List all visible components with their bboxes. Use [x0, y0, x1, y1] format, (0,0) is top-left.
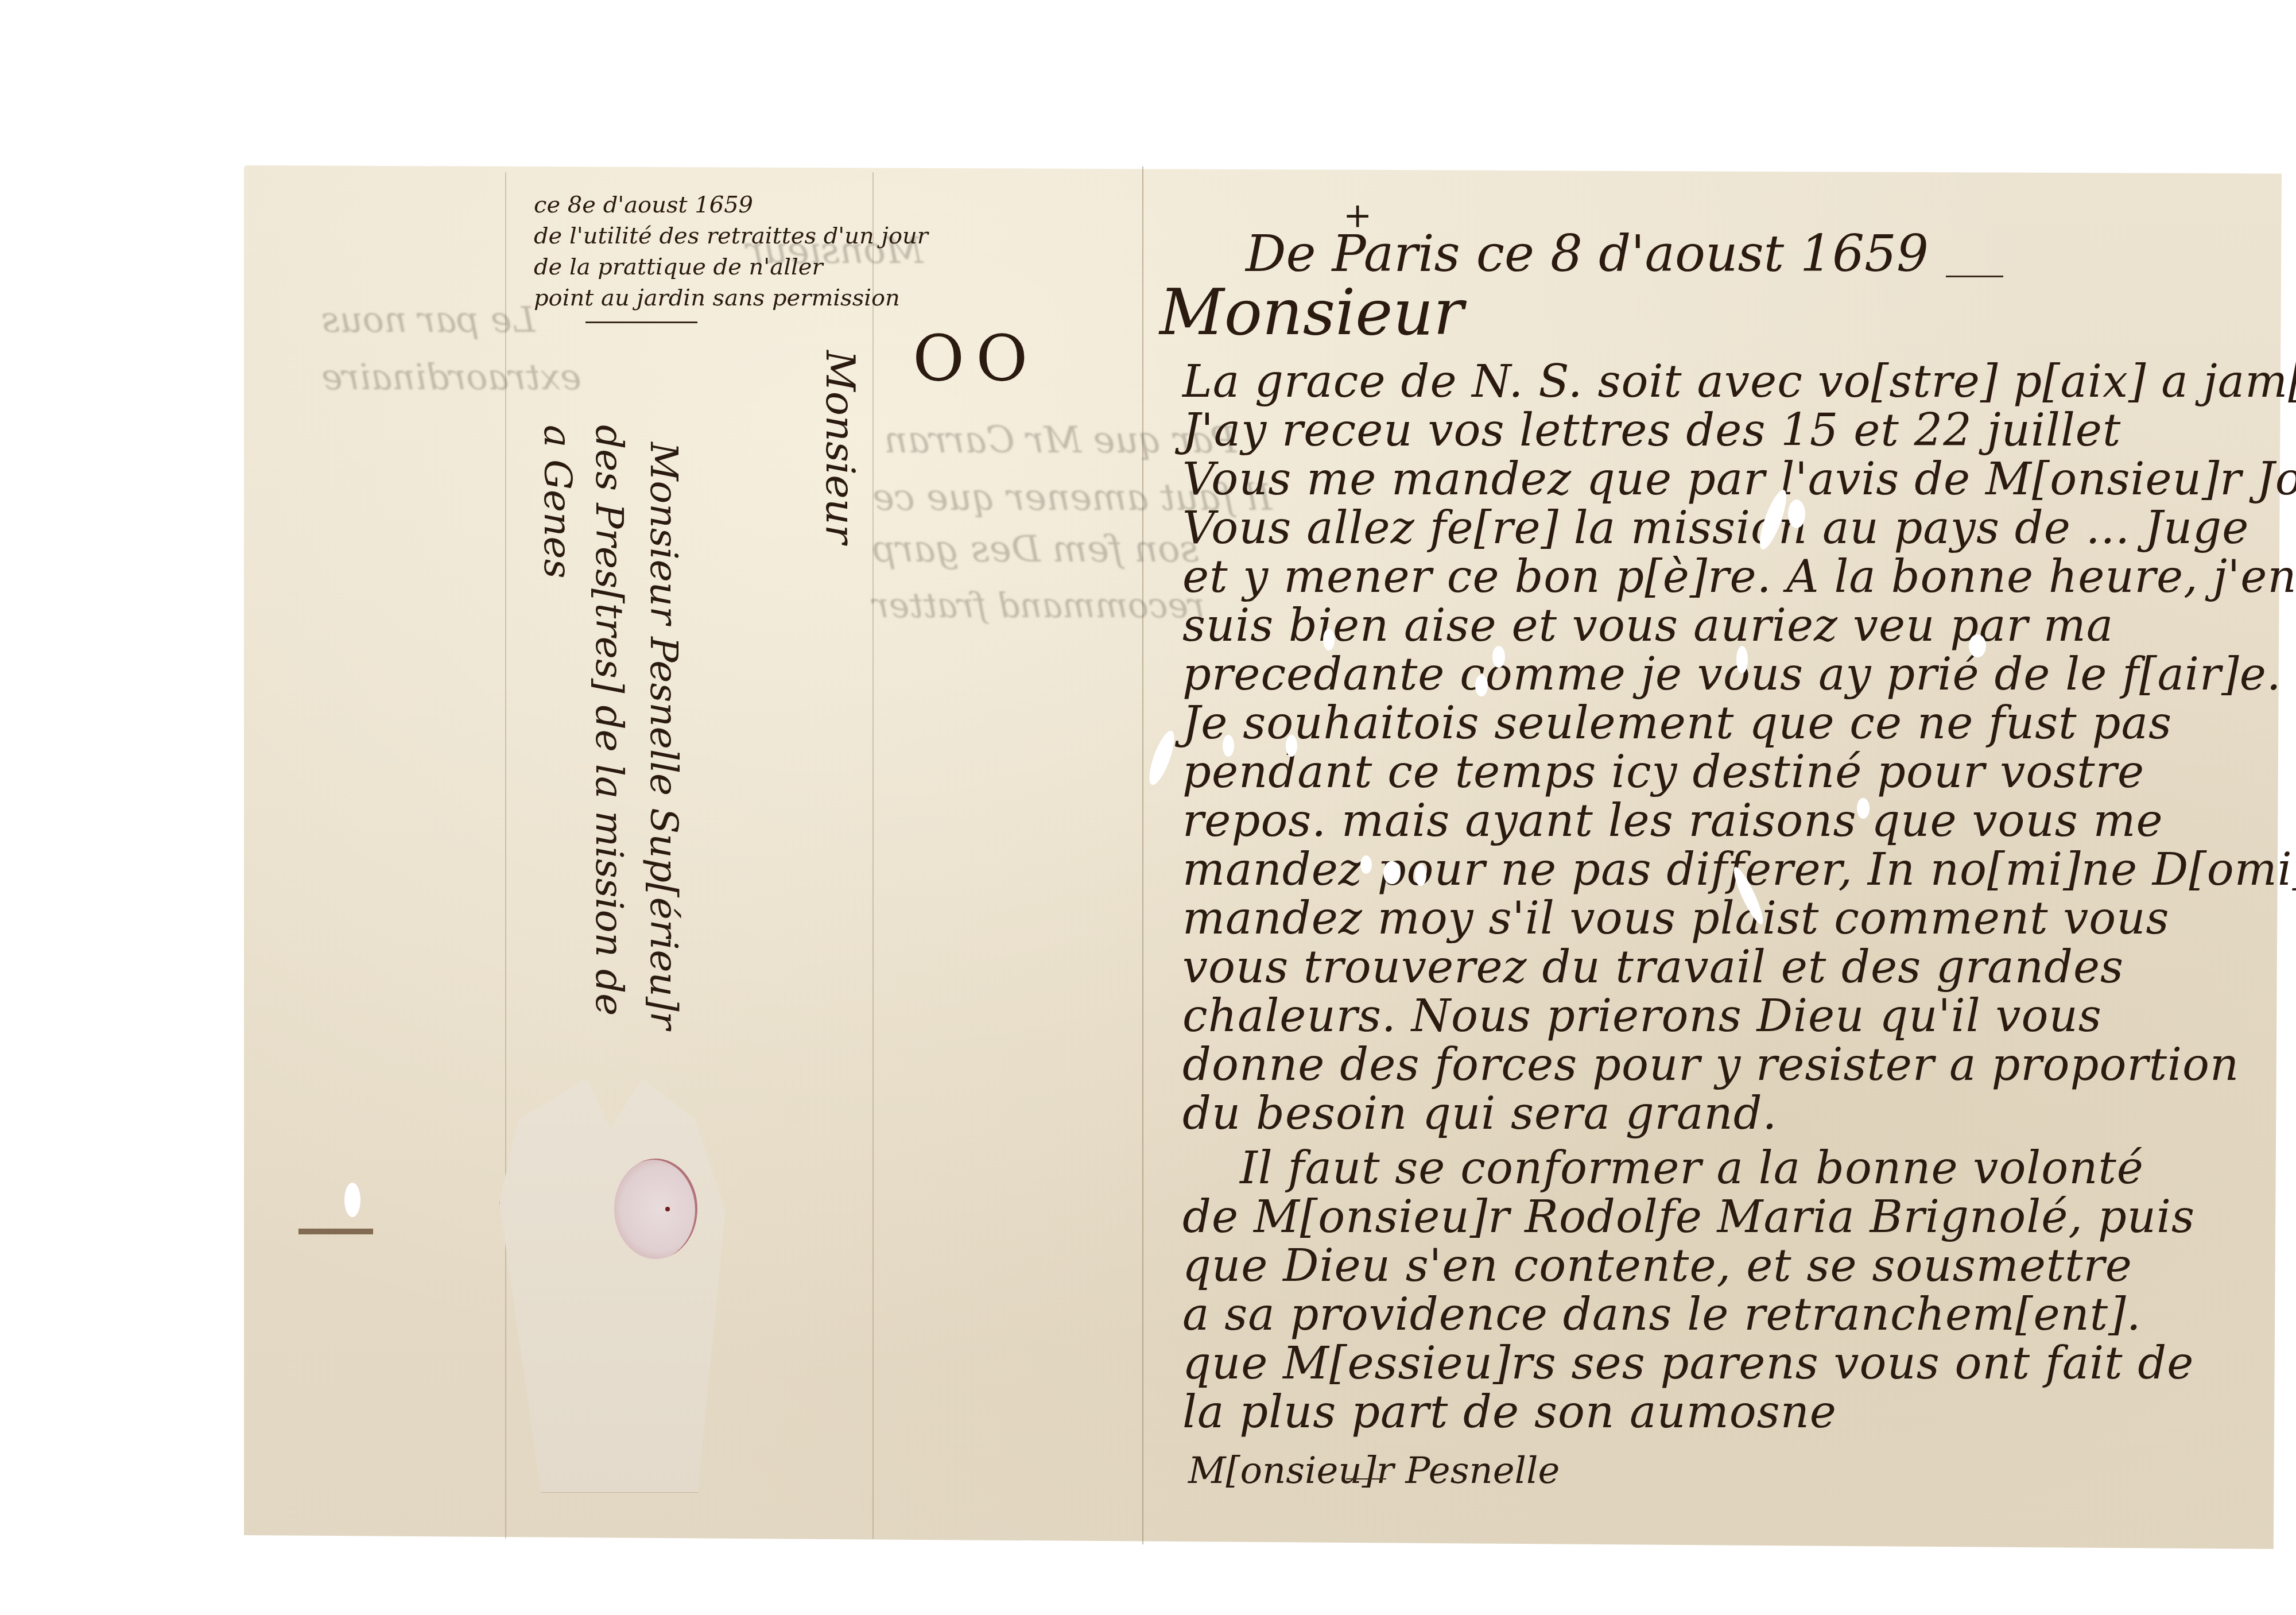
letter-line: donne des forces pour y resister a propo… [1182, 1039, 2239, 1091]
letter-line: precedante comme je vous ay prié de le f… [1182, 649, 2282, 700]
letter-line: Vous me mandez que par l'avis de M[onsie… [1182, 454, 2296, 505]
letter-line: Il faut se conformer a la bonne volonté [1240, 1142, 2144, 1194]
seal-center-dot [665, 1207, 670, 1211]
dateline-underline [1946, 276, 2003, 277]
paper-hole [1475, 675, 1488, 696]
bleed-text: Le par nous [321, 299, 536, 340]
letter-line: que Dieu s'en contente, et se sousmettre [1182, 1240, 2132, 1292]
letter-line: pendant ce temps icy destiné pour vostre [1182, 746, 2144, 798]
docket-line: de la prattique de n'aller [534, 251, 928, 282]
address-line: des Pres[tres] de la mission de [587, 425, 631, 1016]
docket-line: point au jardin sans permission [534, 282, 928, 313]
paper-hole [1223, 735, 1234, 757]
addressee-underline [1346, 1478, 1386, 1480]
paper-hole [1360, 855, 1372, 874]
paper-hole [1969, 634, 1986, 657]
bleed-text: recommand fratter [872, 586, 1205, 626]
address-line: Monsieur Pesnelle Sup[érieu]r [642, 442, 686, 1029]
letter-line: a sa providence dans le retranchem[ent]. [1182, 1289, 2141, 1341]
paper-hole [1383, 861, 1401, 884]
wax-seal [614, 1159, 697, 1259]
letter-line: la plus part de son aumosne [1182, 1387, 1837, 1438]
address-title: Monsieur [817, 350, 864, 544]
paper-hole [1736, 646, 1748, 673]
paper-hole [1857, 798, 1870, 819]
paper-hole [344, 1183, 360, 1217]
letter-line: Vous allez fe[re] la mission au pays de … [1182, 502, 2249, 554]
fold-line-center [1142, 166, 1143, 1544]
letter-line: vous trouverez du travail et des grandes [1182, 942, 2124, 993]
paper-hole [1286, 735, 1297, 757]
letter-line: J'ay receu vos lettres des 15 et 22 juil… [1182, 405, 2121, 456]
letter-line: repos. mais ayant les raisons que vous m… [1182, 795, 2163, 847]
letter-line: de M[onsieu]r Rodolfe Maria Brignolé, pu… [1182, 1191, 2195, 1243]
paper-hole [1415, 864, 1426, 886]
ink-stain [298, 1229, 373, 1234]
paper-hole [1492, 646, 1505, 668]
letter-line: et y mener ce bon p[è]re. A la bonne heu… [1182, 551, 2296, 603]
double-o-mark: OO [913, 322, 1039, 395]
fold-line-middle [872, 172, 874, 1539]
paper-hole [1323, 629, 1335, 650]
seal-paper-flap [499, 1078, 730, 1493]
docket-line: ce 8e d'aoust 1659 [534, 189, 928, 220]
bleed-text: son fem Des garp [872, 528, 1199, 571]
docket-line: de l'utilité des retraittes d'un jour [534, 220, 928, 251]
letter-line: chaleurs. Nous prierons Dieu qu'il vous [1182, 990, 2102, 1042]
address-line: a Genes [536, 425, 580, 579]
letter-line: Je souhaitois seulement que ce ne fust p… [1182, 698, 2172, 749]
letter-line: du besoin qui sera grand. [1182, 1088, 1777, 1140]
bleed-text: extraordinaire [321, 356, 581, 398]
paper-hole [1788, 499, 1805, 528]
docket-note: ce 8e d'aoust 1659 de l'utilité des retr… [534, 189, 928, 313]
docket-underline [585, 322, 697, 323]
addressee-note: M[onsieu]r Pesnelle [1188, 1450, 1560, 1492]
letter-line: mandez moy s'il vous plaist comment vous [1182, 893, 2170, 944]
letter-line: La grace de N. S. soit avec vo[stre] p[a… [1182, 356, 2296, 408]
letter-line: que M[essieu]rs ses parens vous ont fait… [1182, 1338, 2194, 1389]
dateline: De Paris ce 8 d'aoust 1659 [1246, 224, 1929, 283]
salutation: Monsieur [1159, 276, 1464, 349]
